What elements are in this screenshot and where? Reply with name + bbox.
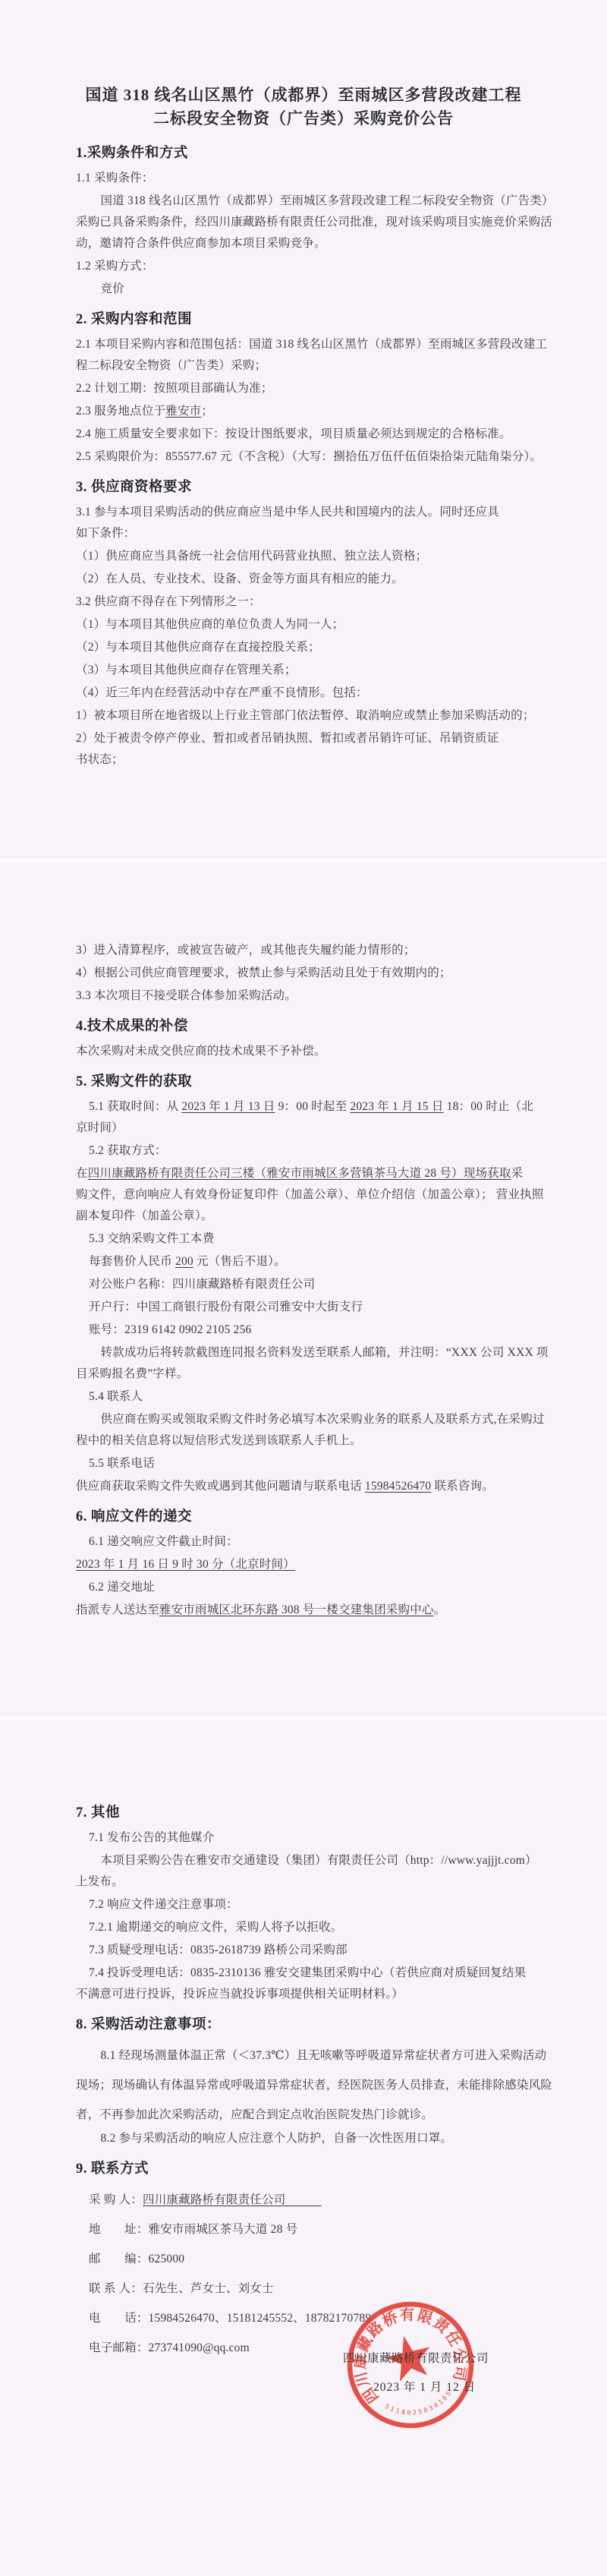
text-segment: 供应商在购买或领取采购文件时务必填写本次采购业务的联系人及联系方式,在采购过	[101, 1413, 545, 1426]
text-line: 程二标段安全物资（广告类）采购；	[76, 358, 531, 374]
text-segment: 1.采购条件和方式	[76, 146, 188, 161]
text-segment: 4.技术成果的补偿	[76, 1019, 188, 1034]
text-line: 账号：2319 6142 0902 2105 256	[76, 1322, 531, 1338]
text-segment: （2）与本项目其他供应商存在直接控股关系；	[76, 641, 320, 654]
text-segment: 7.3 质疑受理电话：0835-2618739 路桥公司采购部	[89, 1944, 348, 1956]
text-segment: 对公账户名称：四川康藏路桥有限责任公司	[89, 1278, 315, 1291]
text-line: 7.4 投诉受理电话：0835-2310136 雅安交建集团采购中心（若供应商对…	[76, 1965, 531, 1981]
text-segment: （4）近三年内在经营活动中存在严重不良情形。包括：	[76, 686, 368, 699]
text-segment: 2.1 本项目采购内容和范围包括：国道 318 线名山区黑竹（成都界）至雨城区多…	[76, 338, 547, 351]
page-2: 3）进入清算程序，或被宣告破产，或其他丧失履约能力情形的；4）根据公司供应商管理…	[0, 862, 607, 1714]
text-segment: 18：00 时止（北	[444, 1100, 533, 1113]
text-segment: 购文件，意向响应人有效身份证复印件（加盖公章）、单位介绍信（加盖公章）； 营业执…	[76, 1188, 544, 1201]
text-segment: 3. 供应商资格要求	[76, 480, 192, 495]
page-3: 7. 其他7.1 发布公告的其他媒介本项目采购公告在雅安市交通建设（集团）有限责…	[0, 1720, 607, 2576]
text-line: 4）根据公司供应商管理要求，被禁止参与采购活动且处于有效期内的；	[76, 965, 531, 981]
text-segment: 5.3 交纳采购文件工本费	[89, 1232, 214, 1245]
text-line: 5.5 联系电话	[76, 1455, 531, 1471]
page-content: 国道 318 线名山区黑竹（成都界）至雨城区多营段改建工程二标段安全物资（广告类…	[0, 0, 607, 768]
text-segment: 元（售后不退）。	[193, 1255, 286, 1268]
text-segment: 3.2 供应商不得存在下列情形之一：	[76, 595, 261, 608]
document-title-line: 国道 318 线名山区黑竹（成都界）至雨城区多营段改建工程	[76, 84, 531, 107]
text-line: 国道 318 线名山区黑竹（成都界）至雨城区多营段改建工程二标段安全物资（广告类…	[76, 193, 531, 209]
text-line: 5.1 获取时间：从 2023 年 1 月 13 日 9：00 时起至 2023…	[76, 1099, 531, 1115]
text-line: 者，不再参加此次采购活动，应配合到定点收治医院发热门诊就诊。	[76, 2107, 531, 2124]
text-segment: 1）被本项目所在地省级以上行业主管部门依法暂停、取消响应或禁止参加采购活动的；	[76, 709, 535, 722]
text-segment: 2.4 施工质量安全要求如下：按设计图纸要求，项目质量必须达到规定的合格标准。	[76, 427, 511, 440]
text-line: 2.2 计划工期：按照项目部确认为准；	[76, 380, 531, 396]
text-segment: 开户行：中国工商银行股份有限公司雅安中大街支行	[89, 1301, 363, 1313]
underlined-text: 2023 年 1 月 13 日	[181, 1100, 275, 1113]
text-segment: 2.3 服务地点位于	[76, 405, 165, 418]
text-line: 供应商在购买或领取采购文件时务必填写本次采购业务的联系人及联系方式,在采购过	[76, 1411, 531, 1427]
text-line: 1.1 采购条件：	[76, 170, 531, 186]
signature-company-name: 四川康藏路桥有限责任公司	[343, 2349, 489, 2366]
text-segment: 7. 其他	[76, 1805, 120, 1821]
text-line: 采 购 人：四川康藏路桥有限责任公司	[76, 2192, 531, 2209]
text-segment: 7.4 投诉受理电话：0835-2310136 雅安交建集团采购中心（若供应商对…	[89, 1966, 526, 1979]
text-segment: （1）供应商应当具备统一社会信用代码营业执照、独立法人资格；	[76, 550, 427, 563]
text-segment: 采 购 人：	[89, 2193, 143, 2206]
text-segment: 目采购报名费”字样。	[76, 1367, 188, 1380]
section-heading: 4.技术成果的补偿	[76, 1017, 531, 1036]
text-segment: 8.2 参与采购活动的响应人应注意个人防护，自备一次性医用口罩。	[101, 2132, 453, 2145]
section-heading: 1.采购条件和方式	[76, 143, 531, 163]
text-line: 7.2.1 逾期递交的响应文件，采购人将予以拒收。	[76, 1919, 531, 1935]
text-line: 动，邀请符合条件供应商参加本项目采购竞争。	[76, 235, 531, 251]
text-segment: （1）与本项目其他供应商的单位负责人为同一人；	[76, 618, 344, 631]
text-line: 7.3 质疑受理电话：0835-2618739 路桥公司采购部	[76, 1942, 531, 1958]
text-segment: 如下条件：	[76, 527, 136, 540]
page-1: 国道 318 线名山区黑竹（成都界）至雨城区多营段改建工程二标段安全物资（广告类…	[0, 0, 607, 856]
underlined-text: 雅安市雨城区北环东路 308 号一楼交建集团采购中心	[159, 1603, 434, 1616]
text-line: 目采购报名费”字样。	[76, 1366, 531, 1382]
text-line: 8.1 经现场测量体温正常（＜37.3℃）且无咳嗽等呼吸道异常症状者方可进入采购…	[76, 2048, 531, 2064]
text-line: 转款成功后将转款截图连同报名资料发送至联系人邮箱，并注明：“XXX 公司 XXX…	[76, 1345, 531, 1361]
text-segment: 8. 采购活动注意事项：	[76, 2017, 221, 2032]
text-segment: 2. 采购内容和范围	[76, 312, 192, 327]
text-segment: 程中的相关信息将以短信形式发送到该联系人手机上。	[76, 1434, 362, 1447]
text-line: 供应商获取采购文件失败或遇到其他问题请与联系电话 15984526470 联系咨…	[76, 1478, 531, 1494]
text-segment: 不满意可进行投诉，投诉应当就投诉事项提供相关证明材料。）	[76, 1988, 404, 2001]
text-segment: 上发布。	[76, 1875, 124, 1888]
text-segment: （2）在人员、专业技术、设备、资金等方面具有相应的能力。	[76, 572, 404, 585]
text-line: 5.3 交纳采购文件工本费	[76, 1231, 531, 1247]
text-segment: 1.1 采购条件：	[76, 172, 154, 184]
section-heading: 9. 联系方式	[76, 2159, 531, 2179]
text-segment: 国道 318 线名山区黑竹（成都界）至雨城区多营段改建工程	[86, 86, 522, 104]
text-line: 1.2 采购方式：	[76, 258, 531, 274]
section-heading: 7. 其他	[76, 1803, 531, 1823]
text-segment: 二标段安全物资（广告类）采购竞价公告	[153, 109, 454, 128]
text-line: 3.2 供应商不得存在下列情形之一：	[76, 594, 531, 610]
page-content: 3）进入清算程序，或被宣告破产，或其他丧失履约能力情形的；4）根据公司供应商管理…	[0, 862, 607, 1618]
text-segment: 电子邮箱：273741090@qq.com	[89, 2341, 250, 2354]
text-line: 2.3 服务地点位于雅安市；	[76, 403, 531, 419]
text-line: 6.2 递交地址	[76, 1579, 531, 1595]
text-segment: 每套售价人民币	[89, 1255, 175, 1268]
text-line: 7.2 响应文件递交注意事项：	[76, 1897, 531, 1912]
text-segment: 联 系 人：石先生、芦女士、刘女士	[89, 2282, 274, 2295]
text-segment: 副本复印件（加盖公章）。	[76, 1209, 213, 1222]
text-line: （2）在人员、专业技术、设备、资金等方面具有相应的能力。	[76, 571, 531, 587]
text-segment: 联系咨询。	[431, 1480, 494, 1493]
text-line: 现场；现场确认有体温异常或呼吸道异常症状者，经医院医务人员排查，未能排除感染风险	[76, 2077, 531, 2094]
text-segment: ；	[201, 405, 213, 418]
text-line: 程中的相关信息将以短信形式发送到该联系人手机上。	[76, 1433, 531, 1449]
text-line: 2.5 采购限价为：855577.67 元（不含税）（大写：捌拾伍万伍仟伍佰柒拾…	[76, 449, 531, 465]
text-line: （1）与本项目其他供应商的单位负责人为同一人；	[76, 616, 531, 632]
text-segment: 4）根据公司供应商管理要求，被禁止参与采购活动且处于有效期内的；	[76, 966, 451, 979]
text-line: （4）近三年内在经营活动中存在严重不良情形。包括：	[76, 685, 531, 701]
section-heading: 2. 采购内容和范围	[76, 310, 531, 329]
text-line: 5.2 获取方式：	[76, 1143, 531, 1159]
section-heading: 5. 采购文件的获取	[76, 1072, 531, 1092]
text-segment: 2.2 计划工期：按照项目部确认为准；	[76, 382, 273, 395]
text-line: 7.1 发布公告的其他媒介	[76, 1830, 531, 1846]
underlined-text: 雅安市	[165, 405, 201, 418]
text-line: 地 址：雅安市雨城区茶马大道 28 号	[76, 2221, 531, 2238]
document-title-line: 二标段安全物资（广告类）采购竞价公告	[76, 107, 531, 131]
underlined-text: 2023 年 1 月 16 日 9 时 30 分（北京时间）	[76, 1558, 295, 1571]
text-segment: 在	[76, 1167, 88, 1180]
text-segment: 指派专人送达至	[76, 1603, 159, 1616]
text-segment: 7.2 响应文件递交注意事项：	[89, 1898, 238, 1911]
text-line: 邮 编：625000	[76, 2251, 531, 2268]
section-heading: 6. 响应文件的递交	[76, 1507, 531, 1527]
text-line: 京时间）	[76, 1120, 531, 1136]
text-line: （1）供应商应当具备统一社会信用代码营业执照、独立法人资格；	[76, 548, 531, 564]
text-line: 如下条件：	[76, 525, 531, 541]
text-line: 2.4 施工质量安全要求如下：按设计图纸要求，项目质量必须达到规定的合格标准。	[76, 426, 531, 442]
text-segment: 5.4 联系人	[89, 1390, 143, 1403]
text-line: 8.2 参与采购活动的响应人应注意个人防护，自备一次性医用口罩。	[76, 2130, 531, 2146]
text-segment: 竞价	[101, 282, 124, 295]
text-segment: 3.1 参与本项目采购活动的供应商应当是中华人民共和国境内的法人。同时还应具	[76, 506, 499, 519]
text-line: 3）进入清算程序，或被宣告破产，或其他丧失履约能力情形的；	[76, 942, 531, 958]
text-segment: 者，不再参加此次采购活动，应配合到定点收治医院发热门诊就诊。	[76, 2108, 433, 2121]
page-content: 7. 其他7.1 发布公告的其他媒介本项目采购公告在雅安市交通建设（集团）有限责…	[0, 1720, 607, 2357]
text-segment: 7.1 发布公告的其他媒介	[89, 1831, 214, 1844]
text-segment: 2.5 采购限价为：855577.67 元（不含税）（大写：捌拾伍万伍仟伍佰柒拾…	[76, 450, 542, 463]
text-segment: 8.1 经现场测量体温正常（＜37.3℃）且无咳嗽等呼吸道异常症状者方可进入采购…	[101, 2049, 547, 2062]
text-segment: 供应商获取采购文件失败或遇到其他问题请与联系电话	[76, 1480, 365, 1493]
text-segment: 转款成功后将转款截图连同报名资料发送至联系人邮箱，并注明：“XXX 公司 XXX…	[101, 1346, 549, 1359]
text-line: 3.1 参与本项目采购活动的供应商应当是中华人民共和国境内的法人。同时还应具	[76, 504, 531, 520]
text-line: 6.1 递交响应文件截止时间：	[76, 1534, 531, 1550]
text-segment: 京时间）	[76, 1121, 124, 1134]
text-segment: 5.5 联系电话	[89, 1457, 155, 1470]
text-line: 2023 年 1 月 16 日 9 时 30 分（北京时间）	[76, 1556, 531, 1572]
signature-date: 2023 年 1 月 12 日	[373, 2378, 476, 2395]
text-segment: 6. 响应文件的递交	[76, 1509, 192, 1524]
text-line: 不满意可进行投诉，投诉应当就投诉事项提供相关证明材料。）	[76, 1986, 531, 2002]
text-segment: 采购已具备采购条件，经四川康藏路桥有限责任公司批准，现对该采购项目实施竞价采购活	[76, 216, 552, 229]
text-line: 副本复印件（加盖公章）。	[76, 1208, 531, 1224]
underlined-text: 200	[175, 1255, 193, 1268]
text-line: 1）被本项目所在地省级以上行业主管部门依法暂停、取消响应或禁止参加采购活动的；	[76, 708, 531, 724]
text-segment: 7.2.1 逾期递交的响应文件，采购人将予以拒收。	[89, 1921, 342, 1934]
text-segment: 采	[511, 1167, 524, 1180]
text-line: 指派专人送达至雅安市雨城区北环东路 308 号一楼交建集团采购中心。	[76, 1602, 531, 1618]
text-segment: 现场；现场确认有体温异常或呼吸道异常症状者，经医院医务人员排查，未能排除感染风险	[76, 2079, 552, 2092]
text-line: 采购已具备采购条件，经四川康藏路桥有限责任公司批准，现对该采购项目实施竞价采购活	[76, 214, 531, 230]
text-segment: 9. 联系方式	[76, 2161, 149, 2177]
text-line: 竞价	[76, 281, 531, 297]
text-line: 书状态；	[76, 752, 531, 768]
text-segment: 国道 318 线名山区黑竹（成都界）至雨城区多营段改建工程二标段安全物资（广告类…	[101, 194, 554, 207]
text-segment: 5.1 获取时间：从	[89, 1100, 181, 1113]
text-segment: （3）与本项目其他供应商存在管理关系；	[76, 664, 297, 676]
text-segment: 5. 采购文件的获取	[76, 1074, 192, 1089]
underlined-text: 四川康藏路桥有限责任公司三楼（雅安市雨城区多营镇茶马大道 28 号）现场获取	[88, 1167, 511, 1180]
text-segment: 6.2 递交地址	[89, 1581, 155, 1594]
text-line: （2）与本项目其他供应商存在直接控股关系；	[76, 639, 531, 655]
text-segment: 本次采购对未成交供应商的技术成果不予补偿。	[76, 1045, 326, 1058]
text-segment: 5.2 获取方式：	[89, 1144, 167, 1157]
text-segment: 1.2 采购方式：	[76, 260, 154, 273]
text-segment: 地 址：雅安市雨城区茶马大道 28 号	[89, 2223, 297, 2236]
text-line: 3.3 本次项目不接受联合体参加采购活动。	[76, 988, 531, 1004]
text-line: 5.4 联系人	[76, 1389, 531, 1405]
text-segment: 动，邀请符合条件供应商参加本项目采购竞争。	[76, 237, 326, 250]
section-heading: 8. 采购活动注意事项：	[76, 2015, 531, 2035]
text-line: 在四川康藏路桥有限责任公司三楼（雅安市雨城区多营镇茶马大道 28 号）现场获取采	[76, 1165, 531, 1181]
text-line: 上发布。	[76, 1874, 531, 1890]
underlined-text: 15984526470	[365, 1480, 431, 1493]
text-segment: 本项目采购公告在雅安市交通建设（集团）有限责任公司（http：//www.yaj…	[101, 1854, 537, 1867]
text-line: （3）与本项目其他供应商存在管理关系；	[76, 662, 531, 678]
text-segment: 程二标段安全物资（广告类）采购；	[76, 359, 266, 372]
text-segment: 6.1 递交响应文件截止时间：	[89, 1535, 238, 1548]
text-segment: 书状态；	[76, 753, 124, 766]
text-line: 2.1 本项目采购内容和范围包括：国道 318 线名山区黑竹（成都界）至雨城区多…	[76, 336, 531, 352]
text-segment: 9：00 时起至	[275, 1100, 351, 1113]
text-segment: 2）处于被责令停产停业、暂扣或者吊销执照、暂扣或者吊销许可证、吊销资质证	[76, 732, 498, 745]
text-segment: 3）进入清算程序，或被宣告破产，或其他丧失履约能力情形的；	[76, 944, 416, 957]
text-segment: 邮 编：625000	[89, 2253, 184, 2265]
text-segment: 3.3 本次项目不接受联合体参加采购活动。	[76, 989, 297, 1002]
section-heading: 3. 供应商资格要求	[76, 478, 531, 497]
underlined-text: 四川康藏路桥有限责任公司	[143, 2193, 322, 2206]
text-line: 本次采购对未成交供应商的技术成果不予补偿。	[76, 1043, 531, 1059]
text-line: 每套售价人民币 200 元（售后不退）。	[76, 1253, 531, 1269]
text-line: 本项目采购公告在雅安市交通建设（集团）有限责任公司（http：//www.yaj…	[76, 1852, 531, 1868]
text-segment: 账号：2319 6142 0902 2105 256	[89, 1323, 251, 1336]
scanned-document: 国道 318 线名山区黑竹（成都界）至雨城区多营段改建工程二标段安全物资（广告类…	[0, 0, 607, 2576]
text-line: 开户行：中国工商银行股份有限公司雅安中大街支行	[76, 1299, 531, 1315]
text-line: 2）处于被责令停产停业、暂扣或者吊销执照、暂扣或者吊销许可证、吊销资质证	[76, 730, 531, 746]
text-line: 对公账户名称：四川康藏路桥有限责任公司	[76, 1276, 531, 1292]
underlined-text: 2023 年 1 月 15 日	[350, 1100, 443, 1113]
text-line: 购文件，意向响应人有效身份证复印件（加盖公章）、单位介绍信（加盖公章）； 营业执…	[76, 1187, 531, 1203]
text-segment: 。	[434, 1603, 446, 1616]
